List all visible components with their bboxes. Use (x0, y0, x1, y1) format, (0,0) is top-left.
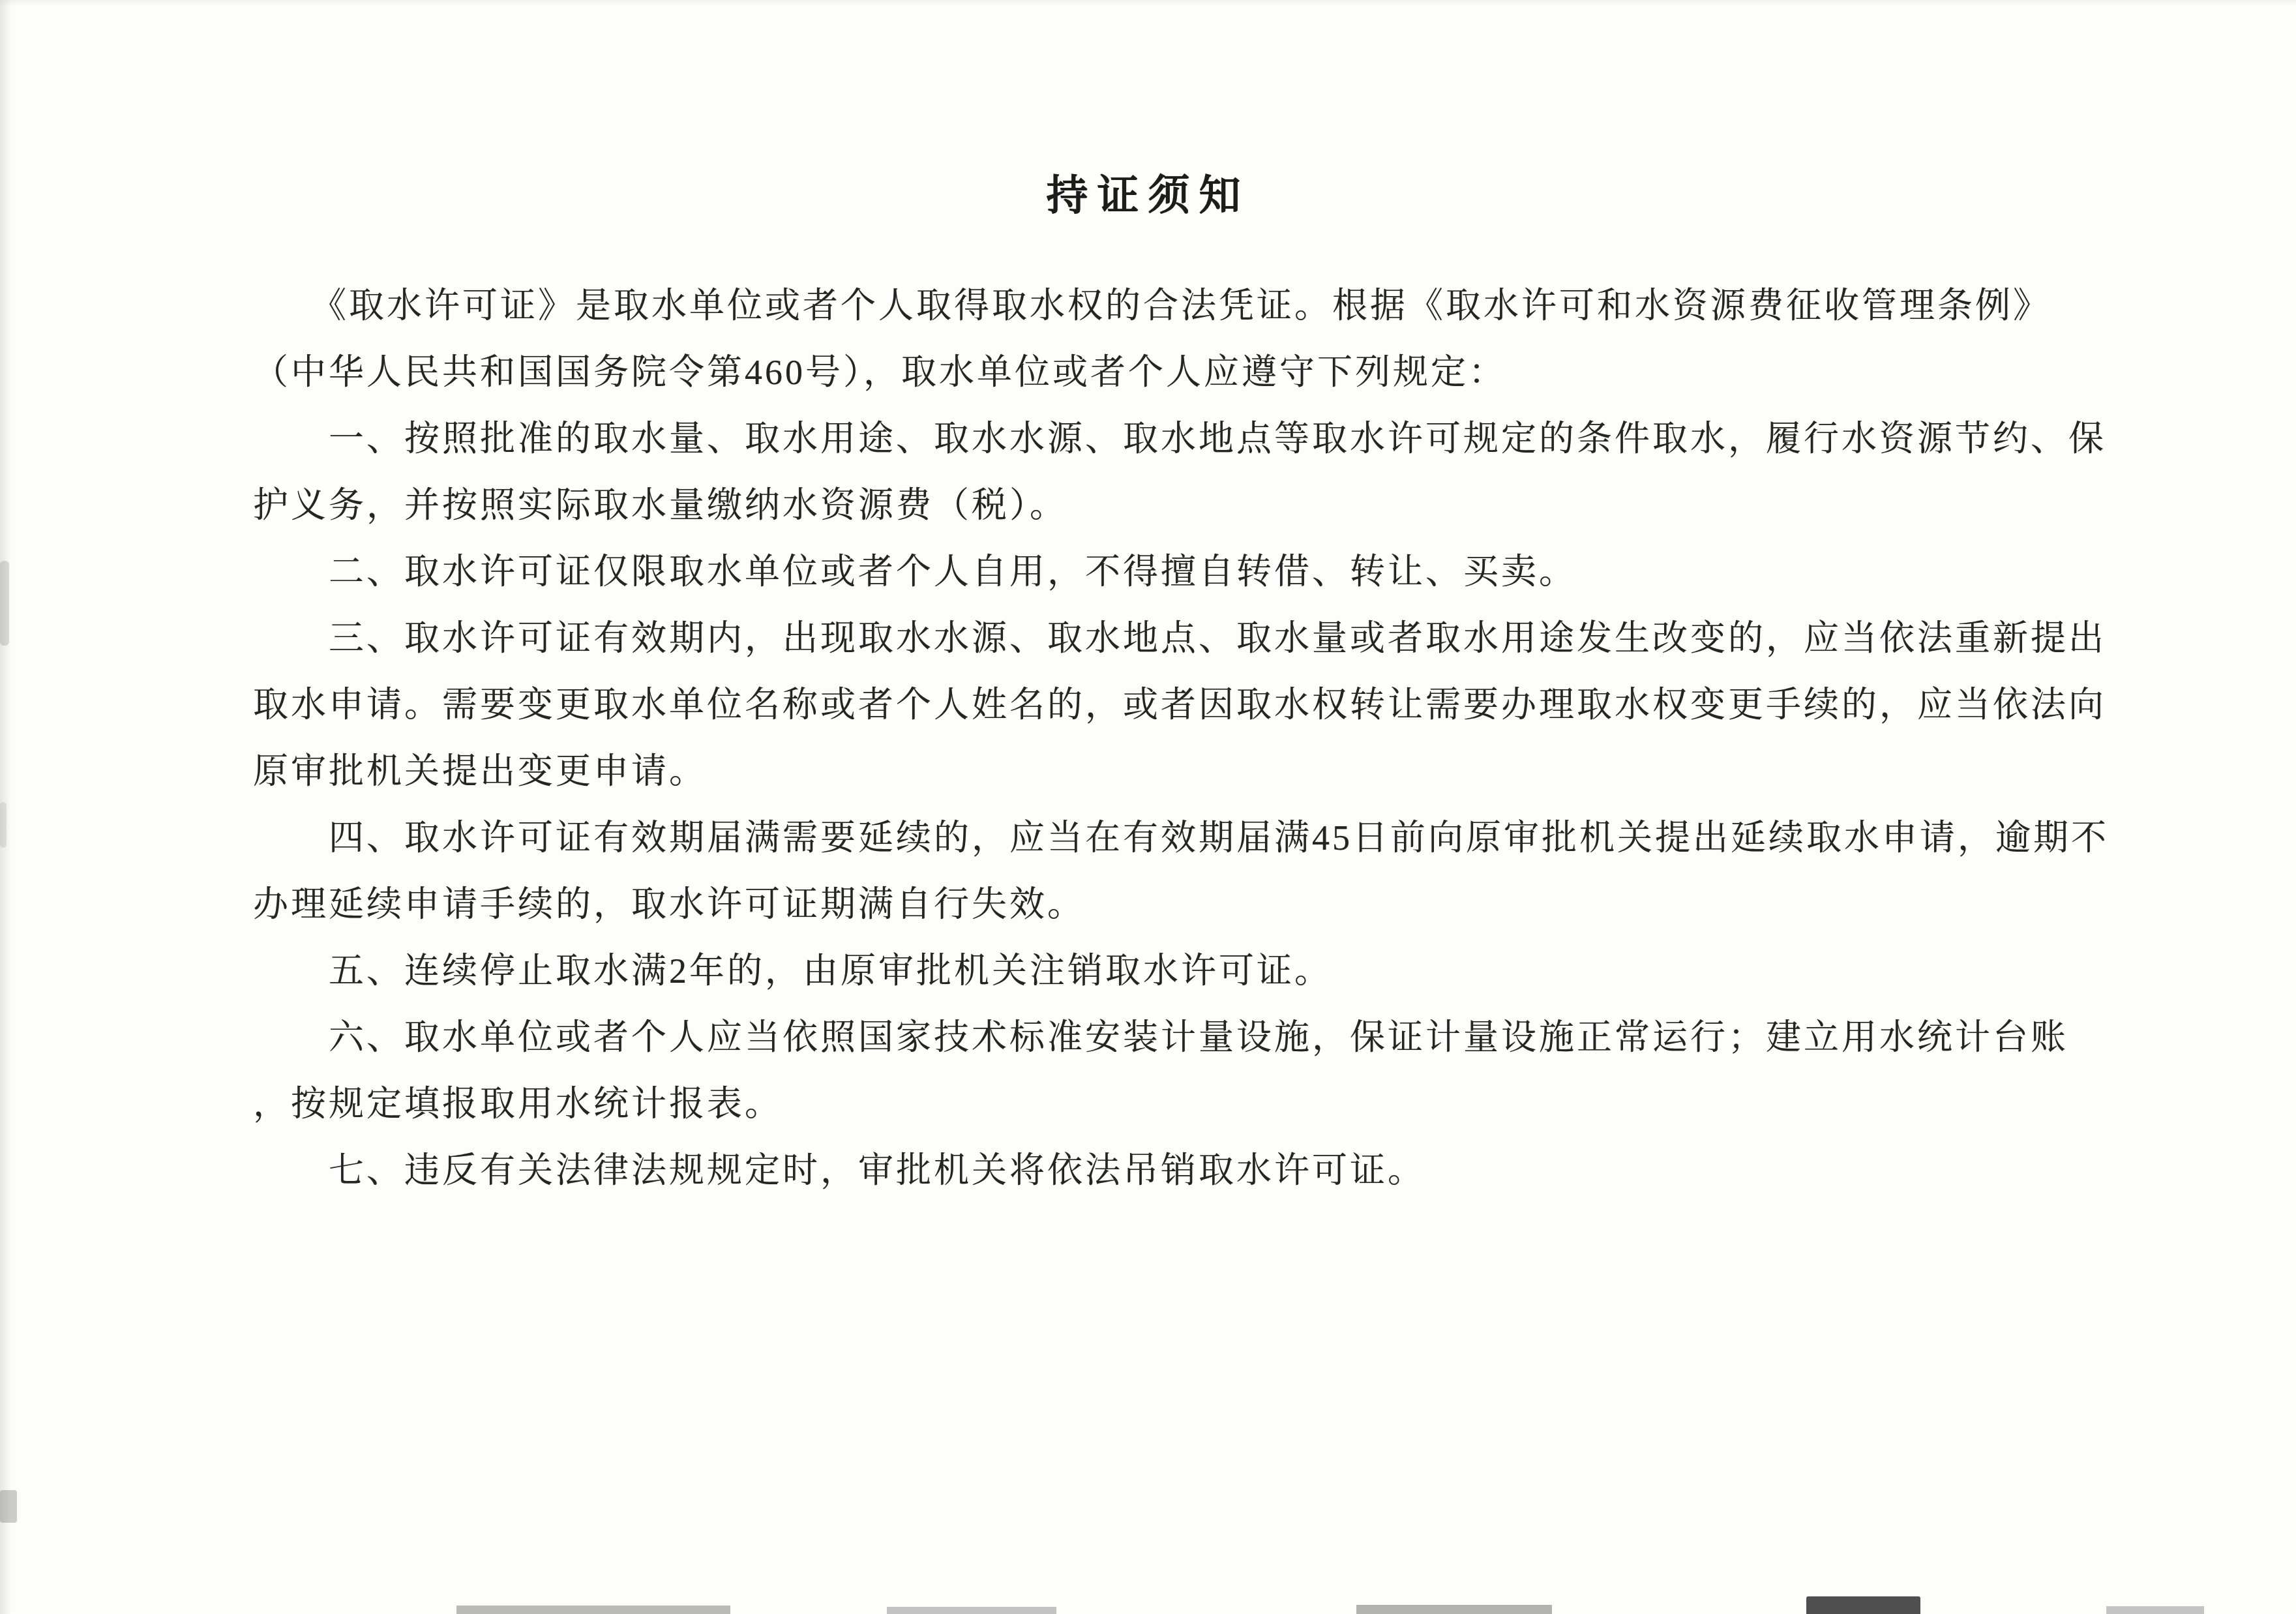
scan-artifact (2106, 1606, 2204, 1614)
scan-artifact (0, 1490, 17, 1523)
document-body: 《取水许可证》是取水单位或者个人取得取水权的合法凭证。根据《取水许可和水资源费征… (253, 273, 2144, 1204)
doc-line: 《取水许可证》是取水单位或者个人取得取水权的合法凭证。根据《取水许可和水资源费征… (253, 273, 2144, 339)
scan-artifact (0, 802, 7, 848)
doc-line: 取水申请。需要变更取水单位名称或者个人姓名的，或者因取水权转让需要办理取水权变更… (253, 672, 2144, 738)
doc-line: 护义务，并按照实际取水量缴纳水资源费（税）。 (253, 472, 2144, 539)
doc-line: 二、取水许可证仅限取水单位或者个人自用，不得擅自转借、转让、买卖。 (253, 539, 2144, 605)
doc-line: 办理延续申请手续的，取水许可证期满自行失效。 (253, 871, 2144, 938)
scan-edge-shadow-left (0, 0, 12, 1614)
doc-line: 五、连续停止取水满2年的，由原审批机关注销取水许可证。 (253, 938, 2144, 1004)
doc-line: 原审批机关提出变更申请。 (253, 738, 2144, 805)
scan-artifact (456, 1606, 730, 1614)
doc-line: ，按规定填报取用水统计报表。 (253, 1071, 2144, 1137)
page-title: 持证须知 (0, 162, 2296, 222)
doc-line: 一、按照批准的取水量、取水用途、取水水源、取水地点等取水许可规定的条件取水，履行… (253, 406, 2144, 472)
scan-artifact (887, 1607, 1056, 1614)
scan-edge-shadow-top (0, 0, 2296, 7)
doc-line: 六、取水单位或者个人应当依照国家技术标准安装计量设施，保证计量设施正常运行；建立… (253, 1004, 2144, 1071)
scan-artifact (0, 561, 9, 646)
doc-line: （中华人民共和国国务院令第460号），取水单位或者个人应遵守下列规定： (253, 339, 2144, 406)
doc-line: 三、取水许可证有效期内，出现取水水源、取水地点、取水量或者取水用途发生改变的，应… (253, 605, 2144, 672)
scanned-document-page: 持证须知 《取水许可证》是取水单位或者个人取得取水权的合法凭证。根据《取水许可和… (0, 0, 2296, 1614)
scan-artifact (1356, 1605, 1552, 1614)
doc-line: 七、违反有关法律法规规定时，审批机关将依法吊销取水许可证。 (253, 1137, 2144, 1204)
doc-line: 四、取水许可证有效期届满需要延续的，应当在有效期届满45日前向原审批机关提出延续… (253, 805, 2144, 871)
scan-artifact (1806, 1596, 1920, 1614)
